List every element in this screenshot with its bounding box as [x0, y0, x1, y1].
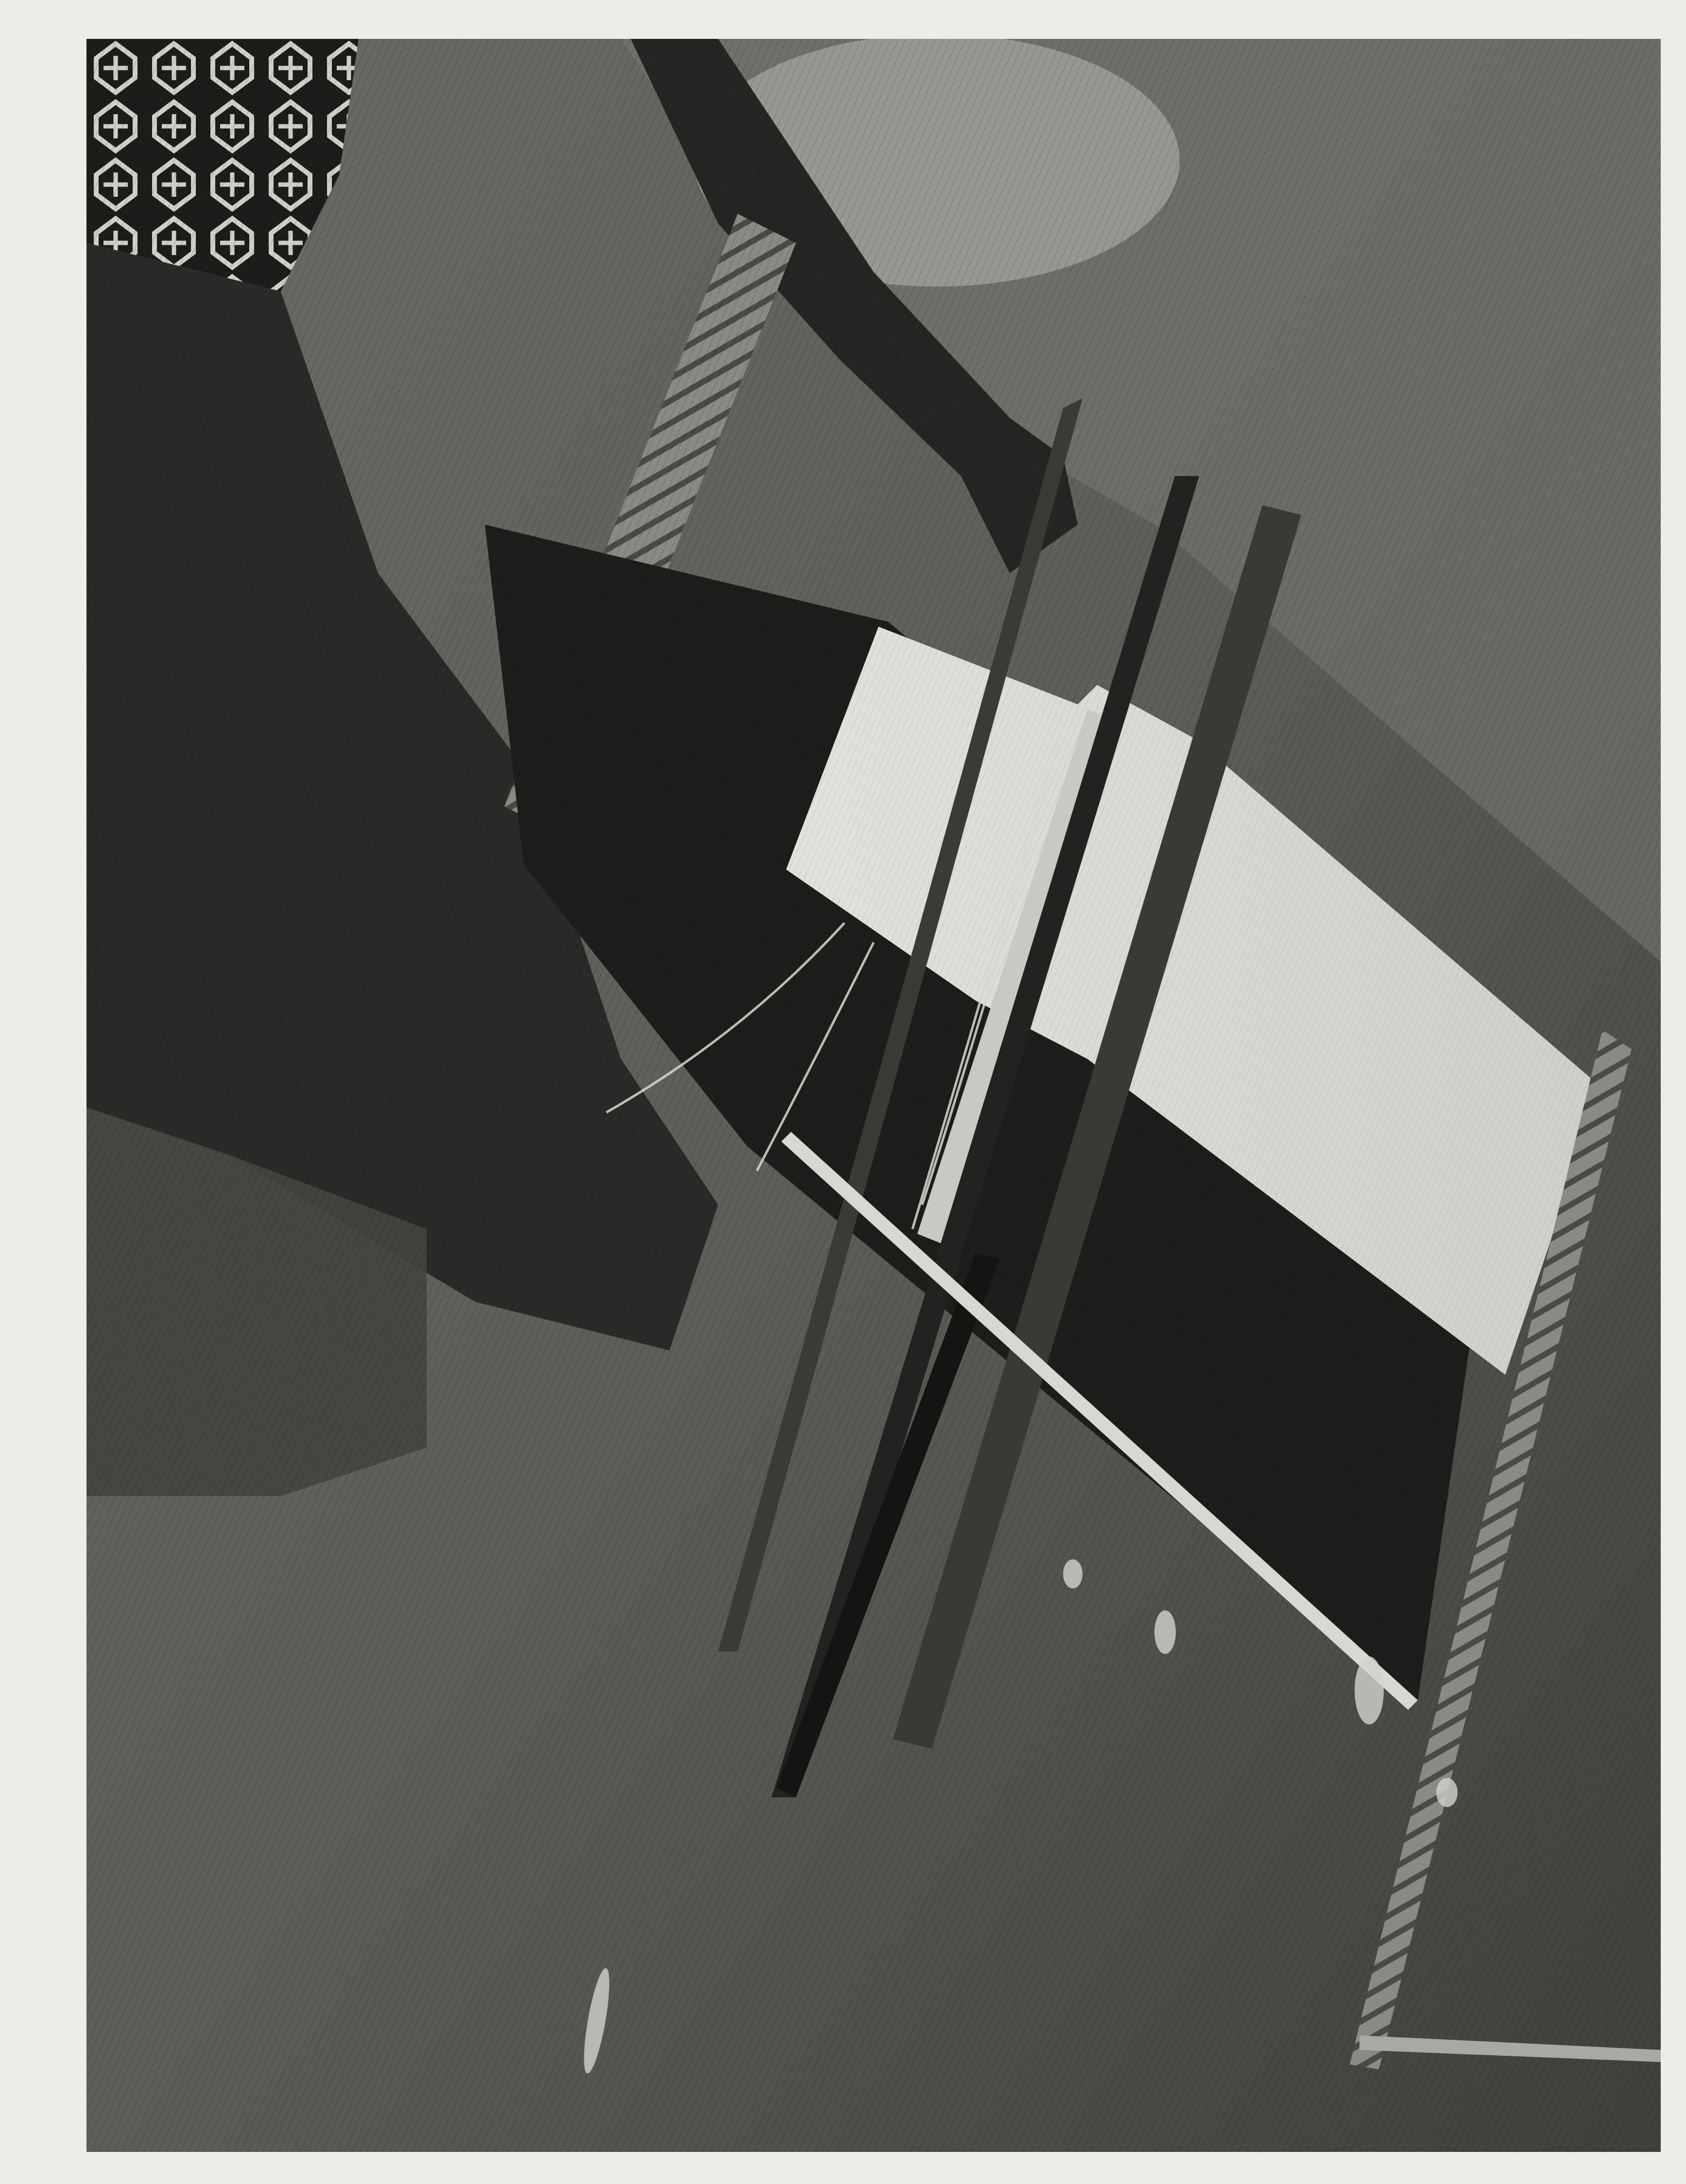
- photograph: Black-and-white photograph of a person w…: [86, 39, 1661, 2152]
- photo-scene: [86, 39, 1661, 2152]
